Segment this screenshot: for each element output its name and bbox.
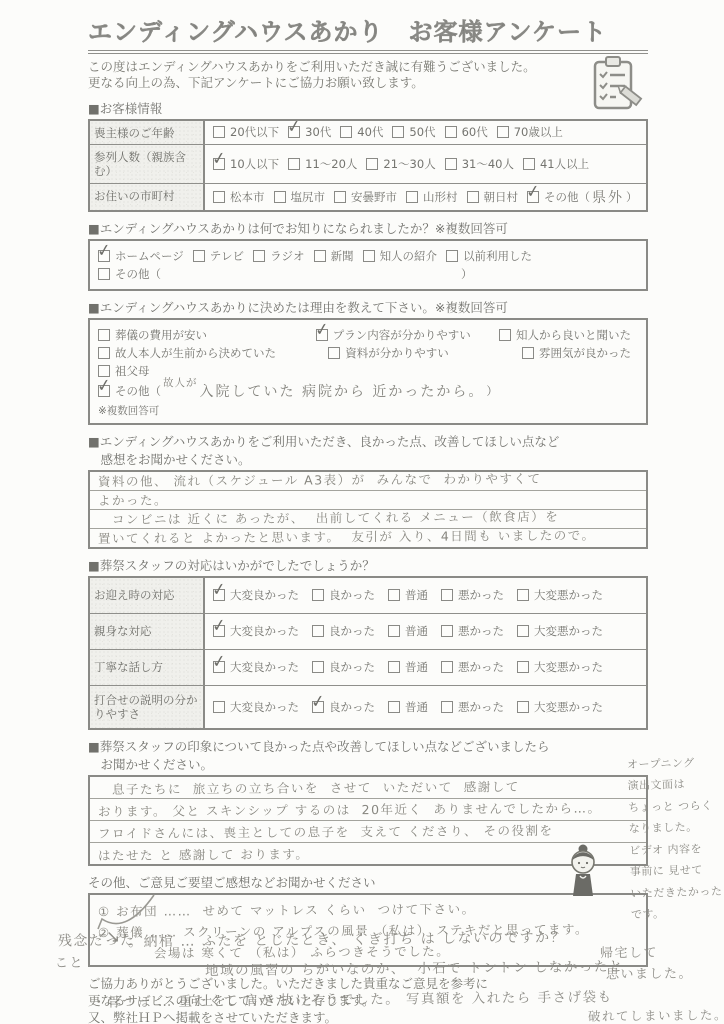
checkbox-option[interactable]: ✓大変良かった [213, 623, 299, 639]
checkbox-label: 良かった [329, 587, 375, 603]
table-row: 丁寧な話し方✓大変良かった良かった普通悪かった大変悪かった [90, 650, 646, 686]
checkbox[interactable]: ✓ [213, 158, 225, 170]
checkbox-label: 知人の紹介 [380, 248, 438, 264]
checkbox[interactable]: ✓ [98, 385, 110, 397]
section-heading-impression: ■葬祭スタッフの印象について良かった点や改善してほしい点などございましたら お聞… [88, 737, 648, 773]
option-line: ✓その他（故人が入院していた 病院から 近かったから。） [98, 381, 640, 401]
checkbox[interactable]: ✓ [312, 701, 324, 713]
checkbox-option[interactable]: 悪かった [441, 623, 504, 639]
row-label: 参列人数（親族含む） [90, 145, 205, 183]
row-options: ✓大変良かった良かった普通悪かった大変悪かった [205, 614, 646, 649]
table-row: 喪主様のご年齢20代以下✓30代40代50代60代70歳以上 [90, 121, 646, 146]
checkbox-option[interactable]: 大変悪かった [517, 699, 603, 715]
checkbox-label: 安曇野市 [351, 189, 397, 205]
checkbox-option[interactable]: ✓その他（故人が入院していた 病院から 近かったから。） [98, 381, 498, 401]
checkbox[interactable] [517, 589, 529, 601]
ruled-line: よかった。 [90, 491, 646, 510]
checkbox-option[interactable]: 21～30人 [366, 156, 435, 172]
handwritten-note: 思いました。 [606, 963, 693, 983]
margin-handwritten-note: オープニング 演出文面は ちょっと つらく なりました。 ビデオ 内容を 事前に… [627, 752, 724, 926]
checkbox[interactable] [213, 701, 225, 713]
check-mark: ✓ [96, 240, 113, 262]
checkbox[interactable] [441, 661, 453, 673]
reason-options-box: 葬儀の費用が安い✓プラン内容が分かりやすい知人から良いと聞いた故人本人が生前から… [88, 318, 648, 425]
checkbox-label: 31～40人 [462, 156, 514, 172]
checkbox-label: 10人以下 [230, 156, 279, 172]
heading-line: お聞かせください。 [88, 755, 648, 773]
checkbox[interactable] [363, 250, 375, 262]
table-row: お迎え時の対応✓大変良かった良かった普通悪かった大変悪かった [90, 578, 646, 614]
check-mark: ✓ [211, 615, 228, 637]
page-title: エンディングハウスあかり お客様アンケート [88, 12, 648, 54]
checkbox-option[interactable]: 31～40人 [445, 156, 514, 172]
checkbox[interactable] [467, 191, 479, 203]
checkbox-label: 葬儀の費用が安い [115, 327, 207, 343]
checkbox-label: 11～20人 [305, 156, 357, 172]
checkbox-label: その他（ [544, 189, 590, 205]
checkbox-option[interactable]: 悪かった [441, 587, 504, 603]
checkbox[interactable] [388, 589, 400, 601]
checkbox-label: 70歳以上 [514, 124, 563, 140]
handwritten-text: コンビニは 近くに あったが、 出前してくれる メニュー（飲食店）を [98, 507, 559, 528]
section-heading-source: ■エンディングハウスあかりは何でお知りになられましたか？※複数回答可 [88, 219, 648, 237]
checkbox-label: 大変良かった [230, 623, 299, 639]
checkbox[interactable]: ✓ [98, 250, 110, 262]
checkbox-label: 大変悪かった [534, 587, 603, 603]
checkbox-option[interactable]: 塩尻市 [274, 189, 326, 205]
checkbox-label: テレビ [210, 248, 244, 264]
ruled-line: おります。 父と スキンシップ するのは 20年近く ありませんでしたから…。 [90, 799, 646, 821]
check-mark: ✓ [313, 319, 330, 341]
section-heading-feedback: ■エンディングハウスあかりをご利用いただき、良かった点、改善してほしい点など 感… [88, 432, 648, 468]
checkbox-label: その他（ [115, 266, 161, 282]
checkbox[interactable] [312, 589, 324, 601]
checkbox-option[interactable]: 20代以下 [213, 124, 279, 140]
checkbox-label: 大変良かった [230, 587, 299, 603]
row-options: ✓大変良かった良かった普通悪かった大変悪かった [205, 650, 646, 685]
checkbox-label: 40代 [357, 124, 383, 140]
survey-form-page: { "header": { "title": "エンディングハウスあかり お客様… [0, 0, 724, 1024]
row-label: 打合せの説明の分かりやすさ [90, 686, 205, 728]
checkbox-option[interactable]: ラジオ [253, 248, 305, 264]
checkbox[interactable] [441, 625, 453, 637]
multiple-answer-note: ※複数回答可 [98, 403, 640, 418]
checkbox-option[interactable]: ✓その他（県外） [527, 187, 638, 207]
row-options: 20代以下✓30代40代50代60代70歳以上 [205, 121, 646, 145]
checkbox-option[interactable]: 悪かった [441, 659, 504, 675]
checkbox[interactable] [328, 347, 340, 359]
checkbox-label: 悪かった [458, 659, 504, 675]
checkbox-label: 松本市 [230, 189, 265, 205]
checkbox[interactable] [98, 268, 110, 280]
checkbox-option[interactable]: その他（） [98, 266, 473, 282]
checkbox-label: 大変良かった [230, 659, 299, 675]
footer-line: 又、弊社ＨＰへ掲載をさせていただきます。 [88, 1009, 568, 1024]
checkbox-label: 悪かった [458, 587, 504, 603]
checkbox-label: 資料が分かりやすい [345, 345, 449, 361]
checkbox-option[interactable]: 松本市 [213, 189, 265, 205]
handwritten-note: こと [55, 952, 84, 971]
checkbox[interactable] [98, 347, 110, 359]
checkbox-option[interactable]: 50代 [392, 124, 435, 140]
checkbox-label: 山形村 [423, 189, 458, 205]
checkbox-option[interactable]: 資料が分かりやすい [328, 345, 522, 361]
checkbox[interactable]: ✓ [213, 625, 225, 637]
source-options-box: ✓ホームページテレビラジオ新聞知人の紹介以前利用したその他（） [88, 239, 648, 291]
checkbox[interactable] [445, 158, 457, 170]
checkbox-option[interactable]: 悪かった [441, 699, 504, 715]
heading-line: 感想をお聞かせください。 [88, 450, 648, 468]
option-line: 葬儀の費用が安い✓プラン内容が分かりやすい知人から良いと聞いた [98, 327, 640, 343]
checkbox-label: 良かった [329, 659, 375, 675]
checkbox[interactable] [312, 625, 324, 637]
checkbox-label: 30代 [305, 124, 331, 140]
checkbox-option[interactable]: 以前利用した [446, 248, 532, 264]
checkbox-label: 21～30人 [383, 156, 435, 172]
checkbox[interactable] [213, 191, 225, 203]
checkbox-label: 以前利用した [463, 248, 532, 264]
checkbox[interactable] [517, 625, 529, 637]
checkbox[interactable] [193, 250, 205, 262]
ruled-line: 息子たちに 旅立ちの立ち合いを させて いただいて 感謝して [90, 777, 646, 799]
checkbox-label: 普通 [405, 587, 428, 603]
checkbox[interactable] [446, 250, 458, 262]
checkbox-option[interactable]: 良かった [312, 659, 375, 675]
intro-line: 更なる向上の為、下記アンケートにご協力お願い致します。 [88, 75, 578, 91]
paren-close: ） [461, 266, 473, 282]
checkbox-label: 悪かった [458, 699, 504, 715]
checkbox-label: その他（ [115, 383, 161, 399]
handwritten-answer-small: 故人が [163, 375, 198, 390]
check-mark: ✓ [525, 181, 542, 203]
checkbox-label: 良かった [329, 699, 375, 715]
checkbox-option[interactable]: テレビ [193, 248, 244, 264]
checkbox-label: 祖父母 [115, 363, 150, 379]
doll-mascot-icon [563, 843, 603, 903]
handwritten-text: おります。 父と スキンシップ するのは 20年近く ありませんでしたから…。 [98, 798, 602, 820]
checkbox[interactable] [288, 158, 300, 170]
checkbox[interactable] [392, 126, 404, 138]
checkbox-option[interactable]: 朝日村 [467, 189, 519, 205]
checkbox-option[interactable]: ✓ホームページ [98, 248, 184, 264]
checkbox-label: 塩尻市 [291, 189, 326, 205]
handwritten-note: 帰宅して [600, 942, 658, 962]
checkbox[interactable] [497, 126, 509, 138]
checkbox[interactable] [441, 701, 453, 713]
ruled-line: 置いてくれると よかったと思います。 友引が 入り、4日間も いましたので。 [90, 529, 646, 547]
checkbox-option[interactable]: 大変悪かった [517, 623, 603, 639]
intro-text: この度はエンディングハウスあかりをご利用いただき誠に有難うございました。 更なる… [88, 59, 578, 92]
checkbox-option[interactable]: ✓大変良かった [213, 659, 299, 675]
checkbox-option[interactable]: 山形村 [406, 189, 458, 205]
checkbox-option[interactable]: 70歳以上 [497, 124, 563, 140]
checkbox-option[interactable]: 60代 [445, 124, 488, 140]
table-row: 打合せの説明の分かりやすさ大変良かった✓良かった普通悪かった大変悪かった [90, 686, 646, 728]
checkbox-option[interactable]: 大変良かった [213, 699, 299, 715]
check-mark: ✓ [211, 651, 228, 673]
row-label: お迎え時の対応 [90, 578, 205, 613]
checkbox-option[interactable]: 11～20人 [288, 156, 357, 172]
checkbox-option[interactable]: 普通 [388, 659, 428, 675]
checkbox[interactable] [517, 661, 529, 673]
option-line: その他（） [98, 266, 640, 282]
checkbox[interactable] [522, 347, 534, 359]
checkbox-label: 普通 [405, 699, 428, 715]
checkbox-option[interactable]: 葬儀の費用が安い [98, 327, 316, 343]
checkbox-label: プラン内容が分かりやすい [333, 327, 471, 343]
handwritten-answer: 入院していた 病院から 近かったから。 [200, 381, 485, 401]
section-heading-customer-info: ■お客様情報 [88, 99, 648, 117]
checkbox-label: 普通 [405, 659, 428, 675]
table-row: 参列人数（親族含む）✓10人以下11～20人21～30人31～40人41人以上 [90, 145, 646, 184]
checkbox[interactable] [441, 589, 453, 601]
checkbox-label: 朝日村 [484, 189, 519, 205]
handwritten-text: よかった。 [98, 490, 168, 508]
ruled-line: 資料の他、 流れ（スケジュール A3表）が みんなで わかりやすくて [90, 472, 646, 491]
paren-close: ） [486, 383, 498, 399]
checkbox-option[interactable]: 雰囲気が良かった [522, 345, 631, 361]
checkbox-label: 50代 [409, 124, 435, 140]
checkbox-option[interactable]: 40代 [340, 124, 383, 140]
checkbox[interactable] [445, 126, 457, 138]
checkbox-label: 知人から良いと聞いた [516, 327, 631, 343]
checkbox[interactable]: ✓ [288, 126, 300, 138]
section-heading-reason: ■エンディングハウスあかりに決めたは理由を教えて下さい。※複数回答可 [88, 298, 648, 316]
customer-info-table: 喪主様のご年齢20代以下✓30代40代50代60代70歳以上参列人数（親族含む）… [88, 119, 648, 212]
row-label: 喪主様のご年齢 [90, 121, 205, 145]
staff-rating-table: お迎え時の対応✓大変良かった良かった普通悪かった大変悪かった親身な対応✓大変良か… [88, 576, 648, 730]
table-row: 親身な対応✓大変良かった良かった普通悪かった大変悪かった [90, 614, 646, 650]
checkbox[interactable]: ✓ [213, 589, 225, 601]
feedback-comment-box[interactable]: 資料の他、 流れ（スケジュール A3表）が みんなで わかりやすくてよかった。 … [88, 470, 648, 549]
checkbox[interactable] [523, 158, 535, 170]
checkbox-label: 故人本人が生前から決めていた [115, 345, 276, 361]
checkbox-label: 大変悪かった [534, 699, 603, 715]
checkbox[interactable] [334, 191, 346, 203]
checkbox-label: 普通 [405, 623, 428, 639]
checkbox[interactable] [406, 191, 418, 203]
row-options: ✓大変良かった良かった普通悪かった大変悪かった [205, 578, 646, 613]
checkbox-label: 20代以下 [230, 124, 279, 140]
checkbox-option[interactable]: 故人本人が生前から決めていた [98, 345, 328, 361]
handwritten-text: フロイドさんには、喪主としての息子を 支えて くださり、 その役割を [98, 821, 554, 842]
checkbox[interactable] [388, 661, 400, 673]
checkbox-label: 良かった [329, 623, 375, 639]
checkbox-option[interactable]: 新聞 [314, 248, 354, 264]
checkbox-option[interactable]: ✓10人以下 [213, 156, 279, 172]
checkbox[interactable] [314, 250, 326, 262]
checkbox-option[interactable]: 良かった [312, 623, 375, 639]
checkbox-option[interactable]: 大変悪かった [517, 659, 603, 675]
heading-line: ■エンディングハウスあかりをご利用いただき、良かった点、改善してほしい点など [88, 432, 648, 450]
checkbox-option[interactable]: ✓30代 [288, 124, 331, 140]
checkbox[interactable] [388, 625, 400, 637]
checkbox-option[interactable]: 普通 [388, 587, 428, 603]
row-options: ✓10人以下11～20人21～30人31～40人41人以上 [205, 145, 646, 183]
checkbox-option[interactable]: 大変悪かった [517, 587, 603, 603]
checkbox-label: 大変悪かった [534, 623, 603, 639]
checkbox[interactable]: ✓ [527, 191, 539, 203]
checkbox-option[interactable]: 安曇野市 [334, 189, 397, 205]
check-mark: ✓ [310, 691, 327, 713]
option-line: 故人本人が生前から決めていた資料が分かりやすい雰囲気が良かった [98, 345, 640, 361]
check-mark: ✓ [211, 148, 228, 170]
handwritten-text: 資料の他、 流れ（スケジュール A3表）が みんなで わかりやすくて [98, 469, 542, 490]
heading-line: ■葬祭スタッフの印象について良かった点や改善してほしい点などございましたら [88, 737, 648, 755]
checkbox[interactable] [274, 191, 286, 203]
checkbox-label: ホームページ [115, 248, 184, 264]
checkbox[interactable] [213, 126, 225, 138]
checkbox-label: ラジオ [270, 248, 305, 264]
row-options: 大変良かった✓良かった普通悪かった大変悪かった [205, 686, 646, 728]
checkbox-label: 大変良かった [230, 699, 299, 715]
row-options: 松本市塩尻市安曇野市山形村朝日村✓その他（県外） [205, 184, 651, 210]
table-row: お住いの市町村松本市塩尻市安曇野市山形村朝日村✓その他（県外） [90, 184, 646, 210]
checkbox-option[interactable]: 知人の紹介 [363, 248, 438, 264]
check-mark: ✓ [286, 116, 303, 138]
handwritten-note: ↘ [106, 927, 122, 947]
checkbox-option[interactable]: 普通 [388, 699, 428, 715]
checkbox[interactable] [312, 661, 324, 673]
checkbox-option[interactable]: 知人から良いと聞いた [499, 327, 631, 343]
option-line: ✓ホームページテレビラジオ新聞知人の紹介以前利用した [98, 248, 640, 264]
handwritten-text: 息子たちに 旅立ちの立ち合いを させて いただいて 感謝して [98, 777, 520, 798]
handwritten-note: 残念だった [58, 930, 136, 951]
section-heading-staff: ■葬祭スタッフの対応はいかがでしたでしょうか？ [88, 556, 648, 574]
checkbox-label: 大変悪かった [534, 659, 603, 675]
checkbox[interactable] [98, 329, 110, 341]
checkbox[interactable] [340, 126, 352, 138]
checkbox-option[interactable]: ✓大変良かった [213, 587, 299, 603]
intro-line: この度はエンディングハウスあかりをご利用いただき誠に有難うございました。 [88, 59, 578, 75]
handwritten-note: 破れてしまいました。 [588, 1005, 724, 1024]
row-label: お住いの市町村 [90, 184, 205, 210]
handwritten-text: 置いてくれると よかったと思います。 友引が 入り、4日間も いましたので。 [98, 525, 596, 546]
check-mark: ✓ [96, 375, 113, 397]
handwritten-text: はたせた と 感謝して おります。 [98, 844, 310, 863]
checkbox-option[interactable]: 良かった [312, 587, 375, 603]
checkbox-option[interactable]: 41人以上 [523, 156, 589, 172]
handwritten-answer: 県外 [592, 187, 624, 207]
checkbox-label: 新聞 [331, 248, 354, 264]
checkbox[interactable] [388, 701, 400, 713]
checkbox[interactable]: ✓ [213, 661, 225, 673]
checkbox-label: 41人以上 [540, 156, 589, 172]
checkbox[interactable] [253, 250, 265, 262]
checkbox[interactable] [499, 329, 511, 341]
checkbox-label: 60代 [462, 124, 488, 140]
row-label: 丁寧な話し方 [90, 650, 205, 685]
checkbox[interactable] [366, 158, 378, 170]
checkbox-label: 雰囲気が良かった [539, 345, 631, 361]
paren-close: ） [626, 189, 638, 205]
checkbox-label: 悪かった [458, 623, 504, 639]
row-label: 親身な対応 [90, 614, 205, 649]
checkbox-option[interactable]: ✓プラン内容が分かりやすい [316, 327, 499, 343]
checkbox[interactable]: ✓ [316, 329, 328, 341]
checkbox-option[interactable]: 普通 [388, 623, 428, 639]
ruled-line: フロイドさんには、喪主としての息子を 支えて くださり、 その役割を [90, 821, 646, 843]
check-mark: ✓ [211, 579, 228, 601]
checkbox[interactable] [517, 701, 529, 713]
checkbox-option[interactable]: ✓良かった [312, 699, 375, 715]
clipboard-pencil-icon [585, 54, 643, 116]
